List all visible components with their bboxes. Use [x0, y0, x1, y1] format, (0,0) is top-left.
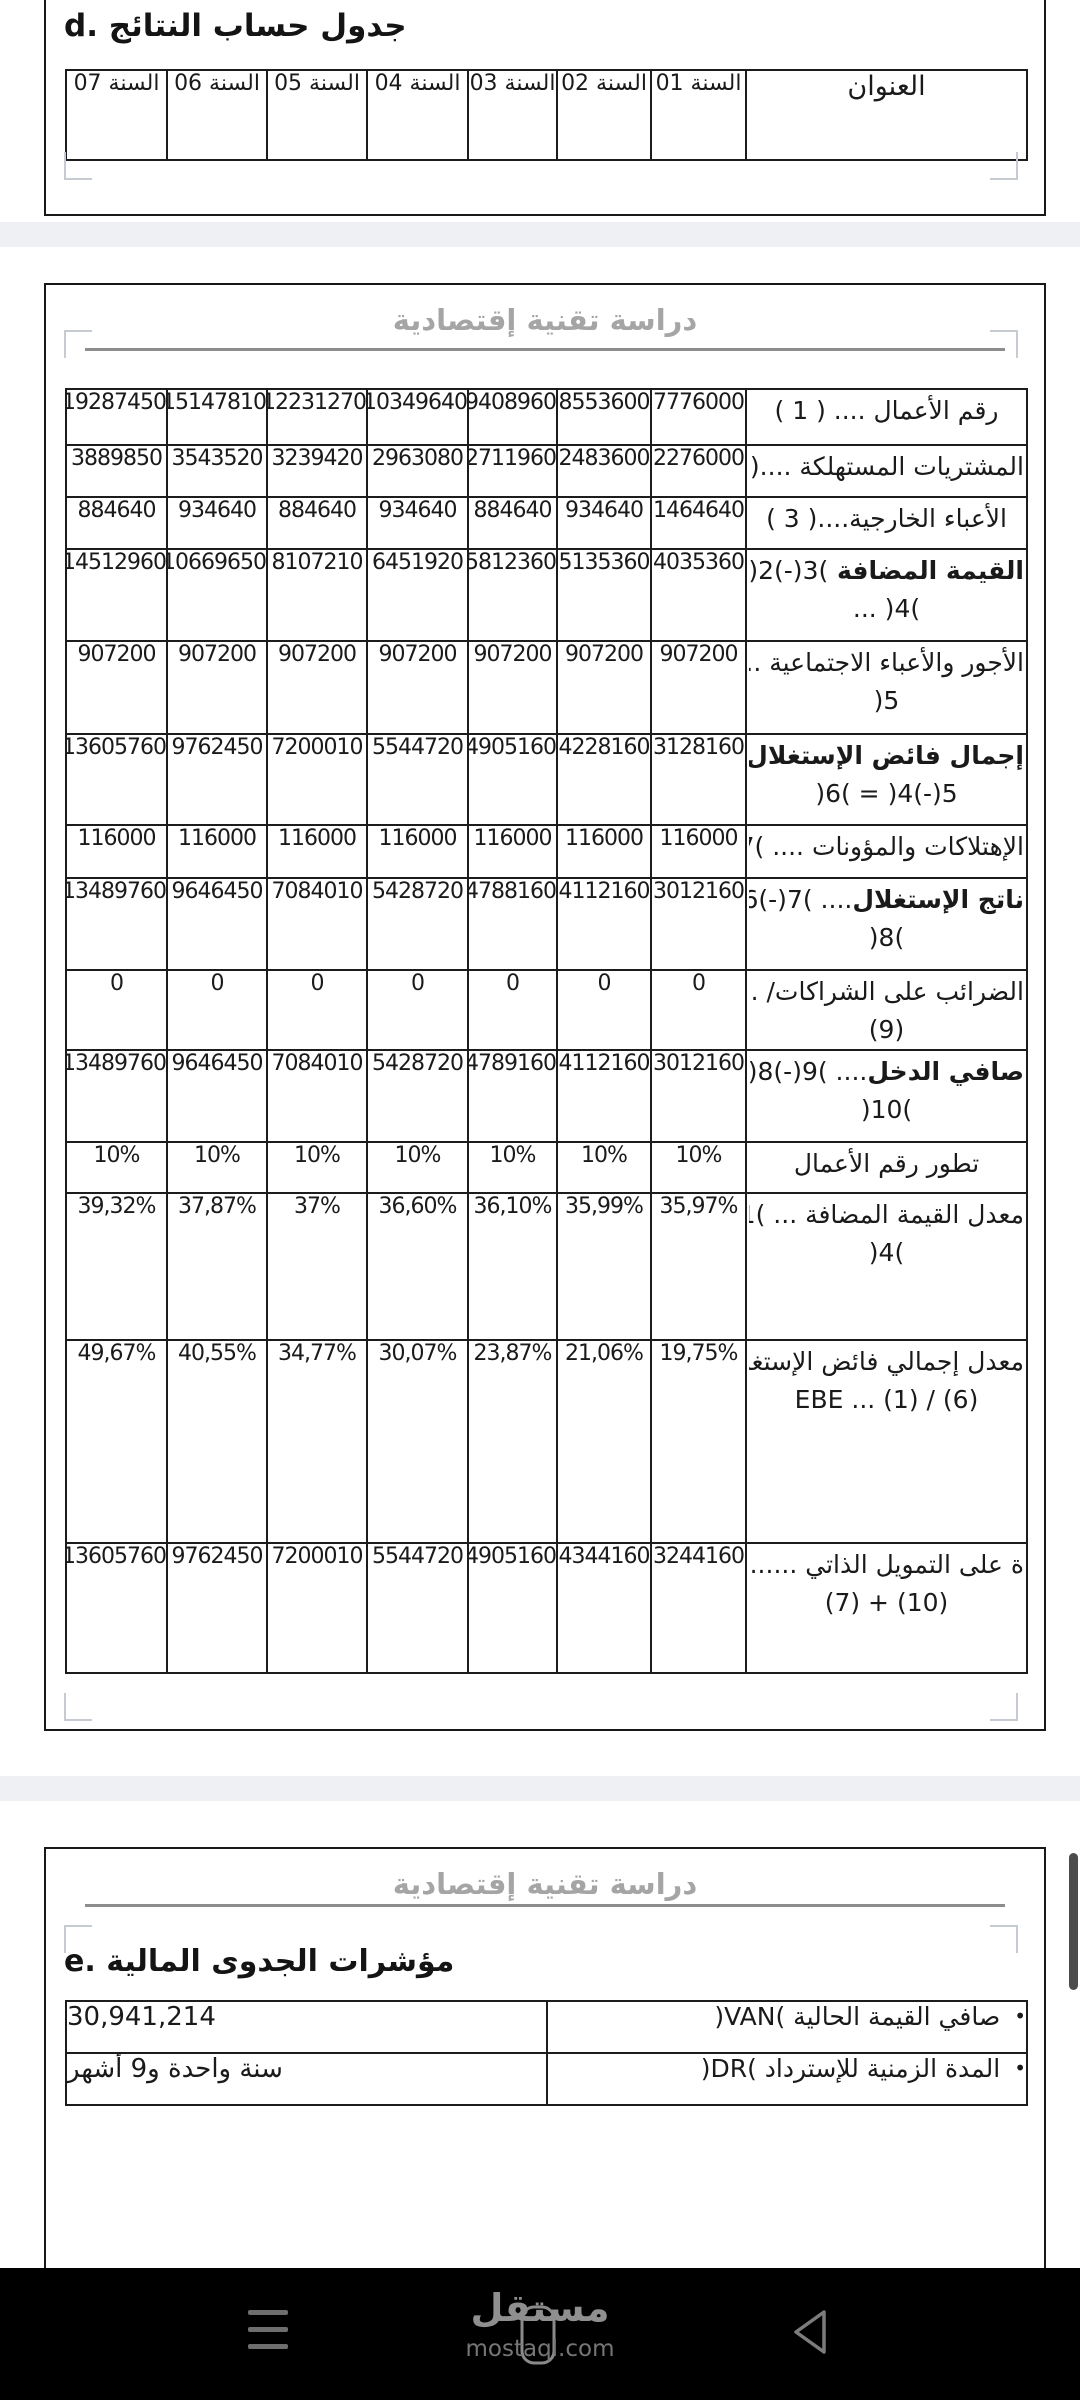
mostaql-watermark-logo: مستقل	[440, 2288, 640, 2328]
margin-corner-mark	[64, 330, 92, 358]
results-table: رقم الأعمال .... ( 1 )777600085536009408…	[65, 388, 1028, 1674]
value-cell: 10%	[468, 1142, 557, 1193]
value-cell: 19287450	[66, 389, 167, 445]
value-cell: 6451920	[367, 549, 468, 641]
value-cell: 116000	[267, 825, 367, 878]
value-cell: 5428720	[367, 1050, 468, 1142]
value-cell: 10%	[167, 1142, 267, 1193]
value-cell: 934640	[557, 497, 651, 549]
value-cell: 5544720	[367, 1543, 468, 1673]
back-icon[interactable]	[788, 2306, 832, 2358]
header-cell-year: السنة 04	[367, 70, 468, 160]
value-cell: 7200010	[267, 1543, 367, 1673]
value-cell: 15147810	[167, 389, 267, 445]
value-cell: 934640	[167, 497, 267, 549]
value-cell: 116000	[167, 825, 267, 878]
value-cell: 9646450	[167, 878, 267, 970]
value-cell: 884640	[267, 497, 367, 549]
row-label: القيمة المضافة )3(-)2(-)1( = )4( ...	[746, 549, 1027, 641]
header-cell-year: السنة 06	[167, 70, 267, 160]
indicator-value-dr: سنة واحدة و9 أشهر	[66, 2053, 547, 2105]
value-cell: 934640	[367, 497, 468, 549]
value-cell: 13489760	[66, 1050, 167, 1142]
value-cell: 36,60%	[367, 1193, 468, 1340]
row-label: الإهتلاكات والمؤونات .... )7(	[746, 825, 1027, 878]
value-cell: 2276000	[651, 445, 746, 497]
value-cell: 9762450	[167, 734, 267, 825]
value-cell: 13489760	[66, 878, 167, 970]
results-row: معدل القيمة المضافة ... )1( / )4(35,97%3…	[66, 1193, 1027, 1340]
value-cell: 7776000	[651, 389, 746, 445]
value-cell: 2711960	[468, 445, 557, 497]
section-heading-d: d. جدول حساب النتائج	[64, 8, 407, 44]
row-label: معدل القيمة المضافة ... )1( / )4(	[746, 1193, 1027, 1340]
value-cell: 39,32%	[66, 1193, 167, 1340]
results-header-row: العنوان السنة 01السنة 02السنة 03السنة 04…	[66, 70, 1027, 160]
results-table-body: رقم الأعمال .... ( 1 )777600085536009408…	[66, 389, 1027, 1673]
row-label: تطور رقم الأعمال	[746, 1142, 1027, 1193]
value-cell: 7084010	[267, 1050, 367, 1142]
value-cell: 3128160	[651, 734, 746, 825]
indicator-value-van: 30,941,214	[66, 2001, 547, 2053]
scrollbar-thumb[interactable]	[1069, 1853, 1078, 1990]
header-cell-year: السنة 01	[651, 70, 746, 160]
value-cell: 4905160	[468, 1543, 557, 1673]
value-cell: 5135360	[557, 549, 651, 641]
value-cell: 4788160	[468, 878, 557, 970]
header-cell-year: السنة 03	[468, 70, 557, 160]
value-cell: 9646450	[167, 1050, 267, 1142]
value-cell: 0	[557, 970, 651, 1050]
value-cell: 7200010	[267, 734, 367, 825]
indicator-row: •صافي القيمة الحالية )VAN( 30,941,214	[66, 2001, 1027, 2053]
row-label: الضرائب على الشراكات/ .. IFU(9)	[746, 970, 1027, 1050]
value-cell: 907200	[167, 641, 267, 734]
value-cell: 116000	[651, 825, 746, 878]
results-row: الإهتلاكات والمؤونات .... )7(11600011600…	[66, 825, 1027, 878]
margin-corner-mark	[990, 1925, 1018, 1953]
value-cell: 4228160	[557, 734, 651, 825]
value-cell: 4344160	[557, 1543, 651, 1673]
value-cell: 8107210	[267, 549, 367, 641]
value-cell: 8553600	[557, 389, 651, 445]
indicators-table: •صافي القيمة الحالية )VAN( 30,941,214 •ا…	[65, 2000, 1028, 2106]
value-cell: 4112160	[557, 878, 651, 970]
value-cell: 4112160	[557, 1050, 651, 1142]
value-cell: 37,87%	[167, 1193, 267, 1340]
value-cell: 10%	[66, 1142, 167, 1193]
margin-corner-mark	[990, 152, 1018, 180]
value-cell: 907200	[267, 641, 367, 734]
margin-corner-mark	[990, 330, 1018, 358]
value-cell: 9408960	[468, 389, 557, 445]
value-cell: 35,97%	[651, 1193, 746, 1340]
header-cell-title: العنوان	[746, 70, 1027, 160]
results-row: إجمال فائض الإستغلال .. )5(-)4( = )6(312…	[66, 734, 1027, 825]
value-cell: 12231270	[267, 389, 367, 445]
title-rule	[85, 348, 1005, 351]
value-cell: 13605760	[66, 734, 167, 825]
value-cell: 40,55%	[167, 1340, 267, 1543]
value-cell: 5544720	[367, 734, 468, 825]
value-cell: 3543520	[167, 445, 267, 497]
value-cell: 0	[367, 970, 468, 1050]
results-row: الضرائب على الشراكات/ .. IFU(9)0000000	[66, 970, 1027, 1050]
value-cell: 10669650	[167, 549, 267, 641]
results-header-table: العنوان السنة 01السنة 02السنة 03السنة 04…	[65, 69, 1028, 161]
results-row: صافي الدخل.... )9(-)8( = )10(30121604112…	[66, 1050, 1027, 1142]
value-cell: 49,67%	[66, 1340, 167, 1543]
value-cell: 3239420	[267, 445, 367, 497]
value-cell: 3012160	[651, 1050, 746, 1142]
title-rule	[85, 1904, 1005, 1907]
value-cell: 34,77%	[267, 1340, 367, 1543]
value-cell: 116000	[468, 825, 557, 878]
header-cell-year: السنة 02	[557, 70, 651, 160]
value-cell: 1464640	[651, 497, 746, 549]
value-cell: 3889850	[66, 445, 167, 497]
value-cell: 0	[66, 970, 167, 1050]
value-cell: 14512960	[66, 549, 167, 641]
margin-corner-mark	[64, 152, 92, 180]
mostaql-watermark-domain: mostaql.com	[440, 2336, 640, 2362]
value-cell: 907200	[468, 641, 557, 734]
value-cell: 5812360	[468, 549, 557, 641]
value-cell: 4905160	[468, 734, 557, 825]
value-cell: 10349640	[367, 389, 468, 445]
value-cell: 7084010	[267, 878, 367, 970]
results-row: معدل إجمالي فائض الإستغلال (6) / (1) ...…	[66, 1340, 1027, 1543]
value-cell: 907200	[651, 641, 746, 734]
value-cell: 0	[651, 970, 746, 1050]
value-cell: 19,75%	[651, 1340, 746, 1543]
row-label: ة على التمويل الذاتي ...... CAF(10) + (7…	[746, 1543, 1027, 1673]
results-row: ة على التمويل الذاتي ...... CAF(10) + (7…	[66, 1543, 1027, 1673]
row-label: صافي الدخل.... )9(-)8( = )10(	[746, 1050, 1027, 1142]
value-cell: 10%	[267, 1142, 367, 1193]
indicator-row: •المدة الزمنية للإسترداد )DR( سنة واحدة …	[66, 2053, 1027, 2105]
value-cell: 21,06%	[557, 1340, 651, 1543]
bullet-icon: •	[1000, 2004, 1026, 2028]
value-cell: 4035360	[651, 549, 746, 641]
header-cell-year: السنة 07	[66, 70, 167, 160]
navigation-bar: مستقل mostaql.com	[0, 2268, 1080, 2400]
page-gap-band	[0, 1776, 1080, 1801]
header-cell-year: السنة 05	[267, 70, 367, 160]
value-cell: 36,10%	[468, 1193, 557, 1340]
value-cell: 884640	[66, 497, 167, 549]
value-cell: 10%	[557, 1142, 651, 1193]
results-row: القيمة المضافة )3(-)2(-)1( = )4( ...4035…	[66, 549, 1027, 641]
screen: { "page1": { "heading": "d. جدول حساب ال…	[0, 0, 1080, 2400]
margin-corner-mark	[990, 1693, 1018, 1721]
value-cell: 2963080	[367, 445, 468, 497]
row-label: الأجور والأعباء الاجتماعية ... )5(	[746, 641, 1027, 734]
results-row: ناتج الإستغلال.... )7(-)6( = )8(30121604…	[66, 878, 1027, 970]
row-label: رقم الأعمال .... ( 1 )	[746, 389, 1027, 445]
value-cell: 907200	[367, 641, 468, 734]
row-label: معدل إجمالي فائض الإستغلال (6) / (1) ...…	[746, 1340, 1027, 1543]
results-row: الأجور والأعباء الاجتماعية ... )5(907200…	[66, 641, 1027, 734]
results-row: المشتريات المستهلكة ....( 2 )22760002483…	[66, 445, 1027, 497]
page3-watermark-title: دراسة تقنية إقتصادية	[44, 1867, 1046, 1901]
value-cell: 884640	[468, 497, 557, 549]
margin-corner-mark	[64, 1693, 92, 1721]
value-cell: 23,87%	[468, 1340, 557, 1543]
value-cell: 3244160	[651, 1543, 746, 1673]
value-cell: 13605760	[66, 1543, 167, 1673]
value-cell: 907200	[66, 641, 167, 734]
value-cell: 2483600	[557, 445, 651, 497]
value-cell: 37%	[267, 1193, 367, 1340]
value-cell: 0	[468, 970, 557, 1050]
results-row: رقم الأعمال .... ( 1 )777600085536009408…	[66, 389, 1027, 445]
value-cell: 5428720	[367, 878, 468, 970]
bullet-icon: •	[1000, 2056, 1026, 2080]
section-heading-e: e. مؤشرات الجدوى المالية	[64, 1944, 454, 1979]
value-cell: 4789160	[468, 1050, 557, 1142]
value-cell: 907200	[557, 641, 651, 734]
value-cell: 9762450	[167, 1543, 267, 1673]
results-row: تطور رقم الأعمال10%10%10%10%10%10%10%	[66, 1142, 1027, 1193]
row-label: المشتريات المستهلكة ....( 2 )	[746, 445, 1027, 497]
value-cell: 10%	[651, 1142, 746, 1193]
value-cell: 0	[167, 970, 267, 1050]
value-cell: 3012160	[651, 878, 746, 970]
value-cell: 116000	[557, 825, 651, 878]
indicator-label-van: •صافي القيمة الحالية )VAN(	[547, 2001, 1027, 2053]
value-cell: 10%	[367, 1142, 468, 1193]
value-cell: 30,07%	[367, 1340, 468, 1543]
value-cell: 0	[267, 970, 367, 1050]
indicator-label-dr: •المدة الزمنية للإسترداد )DR(	[547, 2053, 1027, 2105]
page-gap-band	[0, 222, 1080, 247]
value-cell: 116000	[66, 825, 167, 878]
row-label: ناتج الإستغلال.... )7(-)6( = )8(	[746, 878, 1027, 970]
value-cell: 116000	[367, 825, 468, 878]
value-cell: 35,99%	[557, 1193, 651, 1340]
row-label: إجمال فائض الإستغلال .. )5(-)4( = )6(	[746, 734, 1027, 825]
results-row: الأعباء الخارجية....( 3 )146464093464088…	[66, 497, 1027, 549]
row-label: الأعباء الخارجية....( 3 )	[746, 497, 1027, 549]
page2-watermark-title: دراسة تقنية إقتصادية	[44, 303, 1046, 337]
